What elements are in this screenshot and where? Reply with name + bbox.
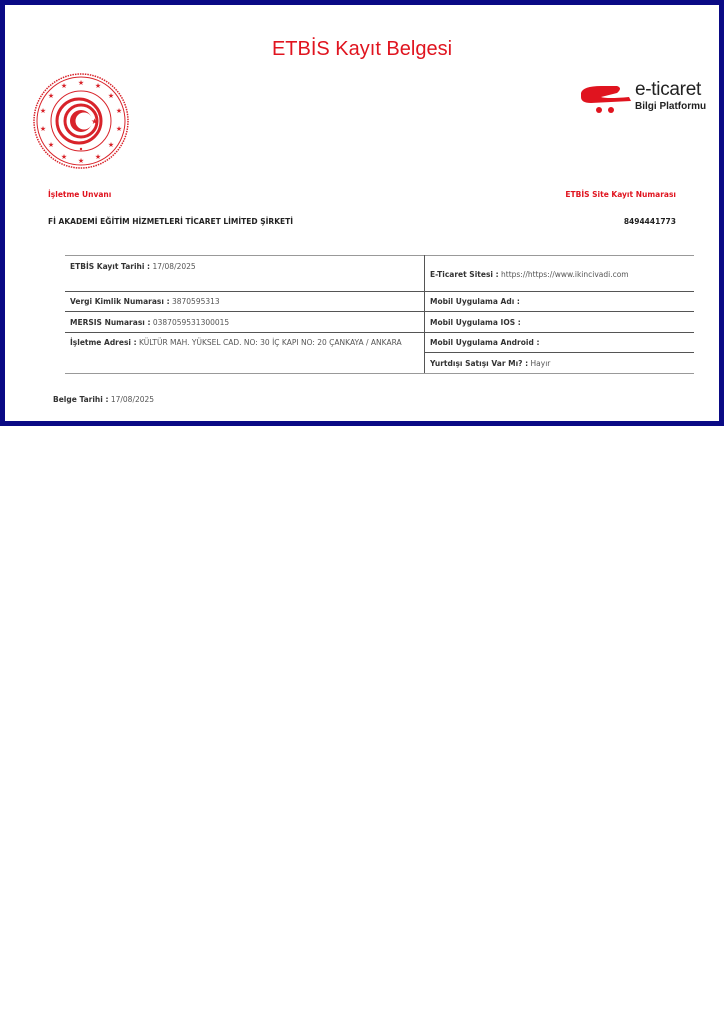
table-row: E-Ticaret Sitesi : https://https://www.i… <box>430 270 629 279</box>
svg-text:★: ★ <box>116 125 122 133</box>
svg-text:★: ★ <box>95 153 101 161</box>
svg-text:★: ★ <box>91 117 98 126</box>
svg-text:★: ★ <box>95 82 101 90</box>
document-frame: ETBİS Kayıt Belgesi ★★★ ★★ ★★ ★★ ★★ ★★★ … <box>0 0 724 426</box>
info-table: ETBİS Kayıt Tarihi : 17/08/2025 Vergi Ki… <box>65 255 694 373</box>
registration-number: 8494441773 <box>624 217 676 226</box>
table-row: Yurtdışı Satışı Var Mı? : Hayır <box>430 359 550 368</box>
table-row: Mobil Uygulama Android : <box>430 338 539 347</box>
business-name-label: İşletme Unvanı <box>48 190 111 199</box>
logo-subtext: Bilgi Platformu <box>635 101 706 112</box>
table-row: İşletme Adresi : KÜLTÜR MAH. YÜKSEL CAD.… <box>70 338 402 347</box>
e-ticaret-logo: e-ticaret Bilgi Platformu <box>577 81 709 121</box>
svg-text:★: ★ <box>116 107 122 115</box>
table-row: Vergi Kimlik Numarası : 3870595313 <box>70 297 220 306</box>
registration-number-label: ETBİS Site Kayıt Numarası <box>565 190 676 199</box>
table-row: Mobil Uygulama IOS : <box>430 318 521 327</box>
table-row: MERSIS Numarası : 0387059531300015 <box>70 318 229 327</box>
svg-text:★: ★ <box>61 82 67 90</box>
document-date: Belge Tarihi : 17/08/2025 <box>53 395 154 404</box>
svg-text:★: ★ <box>48 141 54 149</box>
svg-text:★: ★ <box>108 92 114 100</box>
table-row: ETBİS Kayıt Tarihi : 17/08/2025 <box>70 262 196 271</box>
document-title: ETBİS Kayıt Belgesi <box>5 38 719 61</box>
svg-text:★: ★ <box>78 79 84 87</box>
svg-text:★: ★ <box>78 157 84 165</box>
table-row: Mobil Uygulama Adı : <box>430 297 520 306</box>
svg-text:★: ★ <box>61 153 67 161</box>
svg-text:★: ★ <box>40 125 46 133</box>
ministry-of-trade-seal-icon: ★★★ ★★ ★★ ★★ ★★ ★★★ ★ <box>31 71 131 171</box>
business-name: Fİ AKADEMİ EĞİTİM HİZMETLERİ TİCARET LİM… <box>48 217 293 226</box>
cart-logo-icon <box>577 83 635 117</box>
svg-text:★: ★ <box>48 92 54 100</box>
svg-text:★: ★ <box>108 141 114 149</box>
svg-text:★: ★ <box>40 107 46 115</box>
logo-text: e-ticaret <box>635 79 701 101</box>
